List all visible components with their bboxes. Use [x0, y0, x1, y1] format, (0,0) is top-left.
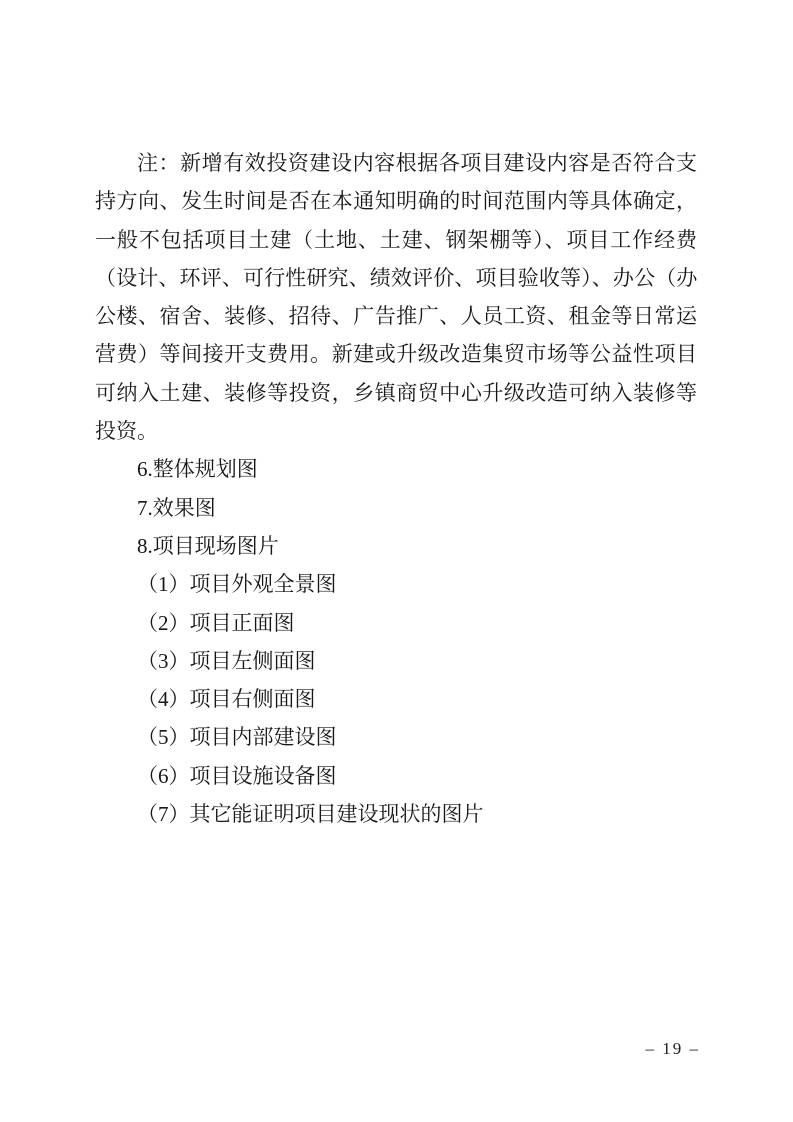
- attachment-list-item: （3）项目左侧面图: [95, 642, 697, 680]
- note-paragraph: 注：新增有效投资建设内容根据各项目建设内容是否符合支持方向、发生时间是否在本通知…: [95, 144, 697, 450]
- paragraph-line: 公楼、宿舍、装修、招待、广告推广、人员工资、租金等日常运: [95, 297, 697, 335]
- page-body-text: 注：新增有效投资建设内容根据各项目建设内容是否符合支持方向、发生时间是否在本通知…: [95, 144, 697, 833]
- attachment-list-item: （7）其它能证明项目建设现状的图片: [95, 795, 697, 833]
- attachment-list-item: （2）项目正面图: [95, 604, 697, 642]
- paragraph-line: 可纳入土建、装修等投资，乡镇商贸中心升级改造可纳入装修等: [95, 374, 697, 412]
- attachment-list-item: 8.项目现场图片: [95, 527, 697, 565]
- page-number: – 19 –: [646, 1039, 701, 1058]
- attachment-list-item: （5）项目内部建设图: [95, 718, 697, 756]
- attachment-list-item: （1）项目外观全景图: [95, 565, 697, 603]
- document-page: 注：新增有效投资建设内容根据各项目建设内容是否符合支持方向、发生时间是否在本通知…: [0, 0, 793, 1122]
- paragraph-line: （设计、环评、可行性研究、绩效评价、项目验收等）、办公（办: [95, 259, 697, 297]
- page-footer: – 19 –: [95, 1039, 700, 1059]
- attachment-list-item: 6.整体规划图: [95, 450, 697, 488]
- paragraph-line: 投资。: [95, 412, 697, 450]
- attachment-list-item: （6）项目设施设备图: [95, 757, 697, 795]
- paragraph-line: 持方向、发生时间是否在本通知明确的时间范围内等具体确定，: [95, 182, 697, 220]
- attachment-list: 6.整体规划图7.效果图8.项目现场图片（1）项目外观全景图（2）项目正面图（3…: [95, 450, 697, 833]
- paragraph-line: 一般不包括项目土建（土地、土建、钢架棚等）、项目工作经费: [95, 221, 697, 259]
- paragraph-line: 注：新增有效投资建设内容根据各项目建设内容是否符合支: [95, 144, 697, 182]
- paragraph-line: 营费）等间接开支费用。新建或升级改造集贸市场等公益性项目: [95, 335, 697, 373]
- attachment-list-item: 7.效果图: [95, 489, 697, 527]
- attachment-list-item: （4）项目右侧面图: [95, 680, 697, 718]
